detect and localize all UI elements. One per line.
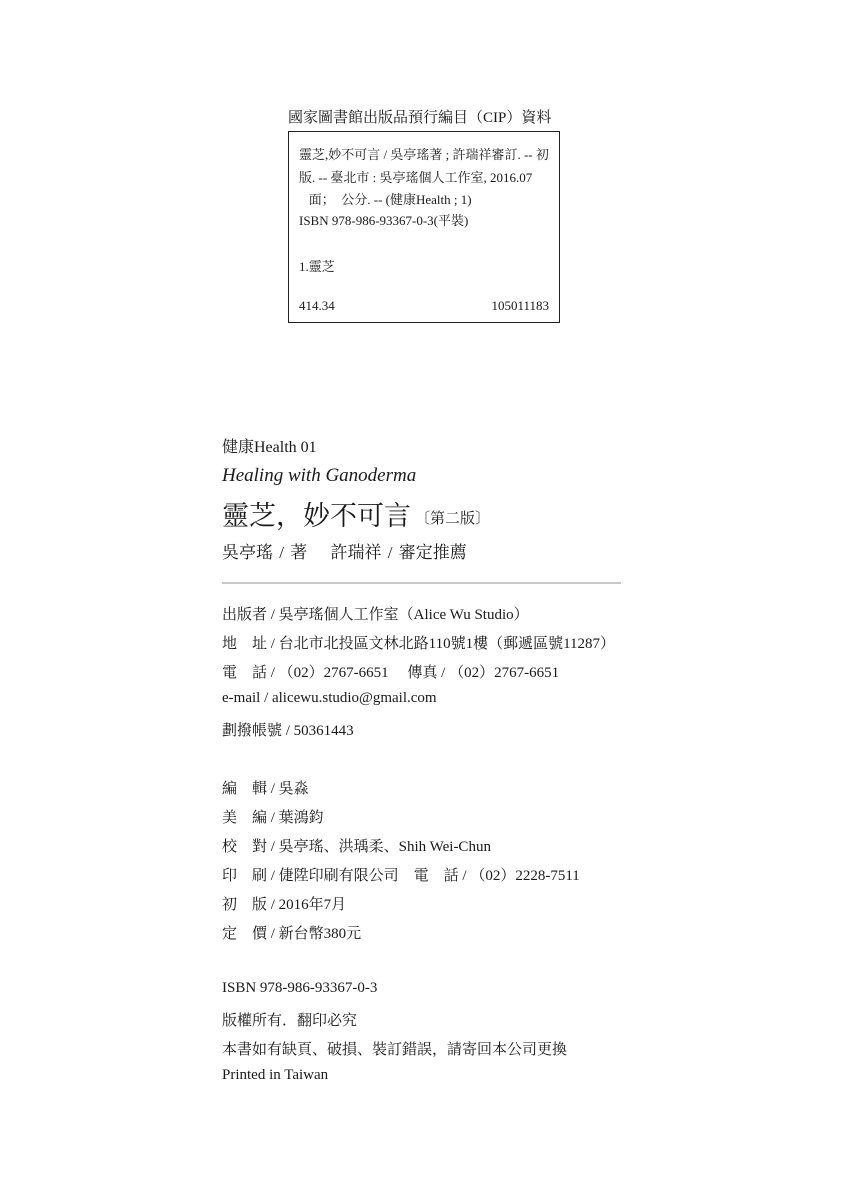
authors-line: 吳亭瑤 / 著 許瑞祥 / 審定推薦 — [222, 538, 467, 563]
cip-line: 版. -- 臺北市 : 吳亭瑤個人工作室, 2016.07 — [299, 167, 532, 186]
cip-class-number: 414.34 — [299, 298, 335, 314]
copyright-line: 版權所有．翻印必究 — [222, 1009, 357, 1030]
cip-line: ISBN 978-986-93367-0-3(平裝) — [299, 210, 468, 229]
cip-record-box: 靈芝,妙不可言 / 吳亭瑤著 ; 許瑞祥審訂. -- 初 版. -- 臺北市 :… — [288, 131, 560, 323]
cip-heading: 國家圖書館出版品預行編目（CIP）資料 — [288, 106, 551, 127]
printed-in-line: Printed in Taiwan — [222, 1067, 328, 1084]
chinese-title: 靈芝，妙不可言〔第二版〕 — [222, 494, 490, 533]
chinese-title-text: 靈芝，妙不可言 — [222, 501, 411, 532]
cip-subject: 1.靈芝 — [299, 256, 335, 275]
publisher-line: 出版者 / 吳亭瑤個人工作室（Alice Wu Studio） — [222, 603, 529, 624]
isbn-line: ISBN 978-986-93367-0-3 — [222, 980, 377, 997]
first-edition-line: 初 版 / 2016年7月 — [222, 893, 346, 914]
address-line: 地 址 / 台北市北投區文林北路110號1樓（郵遞區號11287） — [222, 632, 615, 653]
cip-line: 面； 公分. -- (健康Health ; 1) — [299, 189, 472, 208]
proofreader-line: 校 對 / 吳亭瑤、洪瑀柔、Shih Wei-Chun — [222, 835, 491, 856]
returns-notice: 本書如有缺頁、破損、裝訂錯誤，請寄回本公司更換 — [222, 1038, 567, 1059]
editor-line: 編 輯 / 吳淼 — [222, 777, 309, 798]
email-line: e-mail / alicewu.studio@gmail.com — [222, 690, 437, 707]
edition-label: 〔第二版〕 — [415, 509, 490, 527]
phone-fax-line: 電 話 / （02）2767-6651 傳真 / （02）2767-6651 — [222, 661, 559, 682]
postal-account-line: 劃撥帳號 / 50361443 — [222, 719, 354, 740]
series-label: 健康Health 01 — [222, 434, 317, 457]
printer-line: 印 刷 / 倢陞印刷有限公司 電 話 / （02）2228-7511 — [222, 864, 580, 885]
english-title: Healing with Ganoderma — [222, 465, 416, 487]
price-line: 定 價 / 新台幣380元 — [222, 922, 361, 943]
cip-line: 靈芝,妙不可言 / 吳亭瑤著 ; 許瑞祥審訂. -- 初 — [299, 144, 549, 163]
designer-line: 美 編 / 葉鴻鈞 — [222, 806, 324, 827]
divider — [222, 582, 621, 584]
cip-record-number: 105011183 — [491, 298, 549, 314]
